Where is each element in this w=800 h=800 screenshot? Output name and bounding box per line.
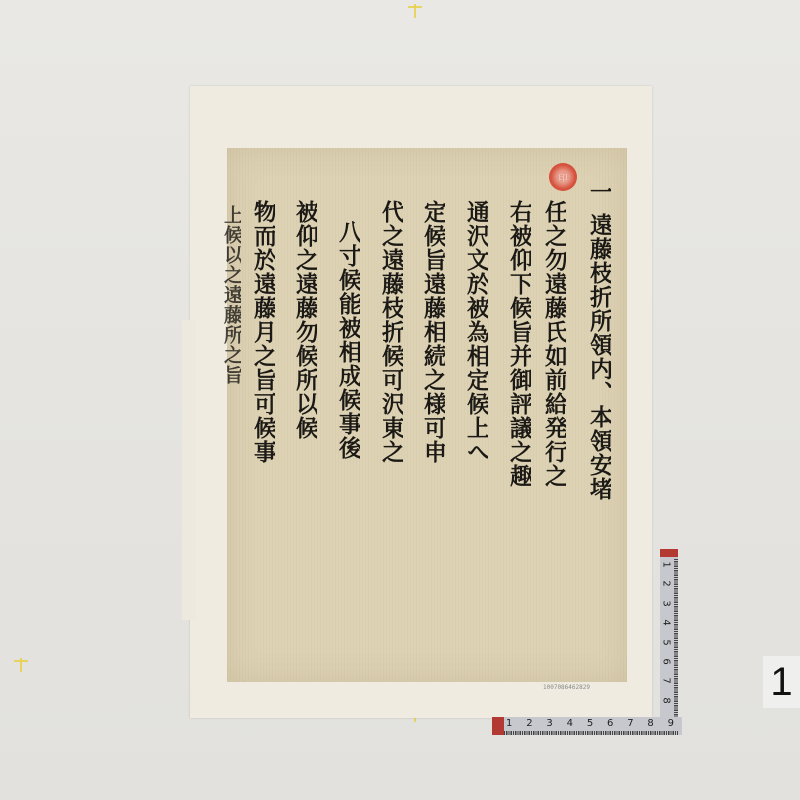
ruler-red-marker [660, 549, 678, 557]
text-column-3: 右被仰下候旨并御評議之趣 [508, 200, 531, 660]
horizontal-scale-ruler: 1 2 3 4 5 6 7 8 9 [492, 717, 682, 735]
page-number-card: 1 [763, 656, 800, 708]
text-column-10: 上候以之遠藤所之旨 [222, 205, 241, 655]
backing-paper-edge [182, 320, 196, 620]
ruler-ticks [504, 731, 678, 735]
catalog-number: 1007086462829 [543, 684, 590, 691]
text-column-6: 代之遠藤枝折候可沢東之 [380, 200, 403, 660]
text-column-8: 被仰之遠藤勿候所以候 [294, 200, 317, 660]
text-column-1: 一 遠藤枝折所領内、本領安堵 [588, 180, 611, 650]
registration-tape-left [14, 658, 28, 672]
registration-tape-top [408, 4, 422, 18]
ruler-red-marker [492, 717, 504, 735]
ruler-ticks [674, 559, 678, 731]
text-column-2: 任之勿遠藤氏如前給発行之 [543, 200, 566, 630]
ruler-horizontal-numbers: 1 2 3 4 5 6 7 8 9 [506, 718, 674, 729]
text-column-7: 八寸候能被相成候事後 [337, 220, 360, 660]
text-column-4: 通沢文於被為相定候上へ [465, 200, 488, 660]
text-column-9: 物而於遠藤月之旨可候事 [252, 200, 275, 660]
ruler-vertical-numbers: 1 2 3 4 5 6 7 8 9 [663, 559, 669, 725]
text-column-5: 定候旨遠藤相続之様可申 [422, 200, 445, 660]
vertical-scale-ruler: 1 2 3 4 5 6 7 8 9 [660, 549, 678, 735]
red-seal-stamp: 印 [549, 163, 577, 191]
